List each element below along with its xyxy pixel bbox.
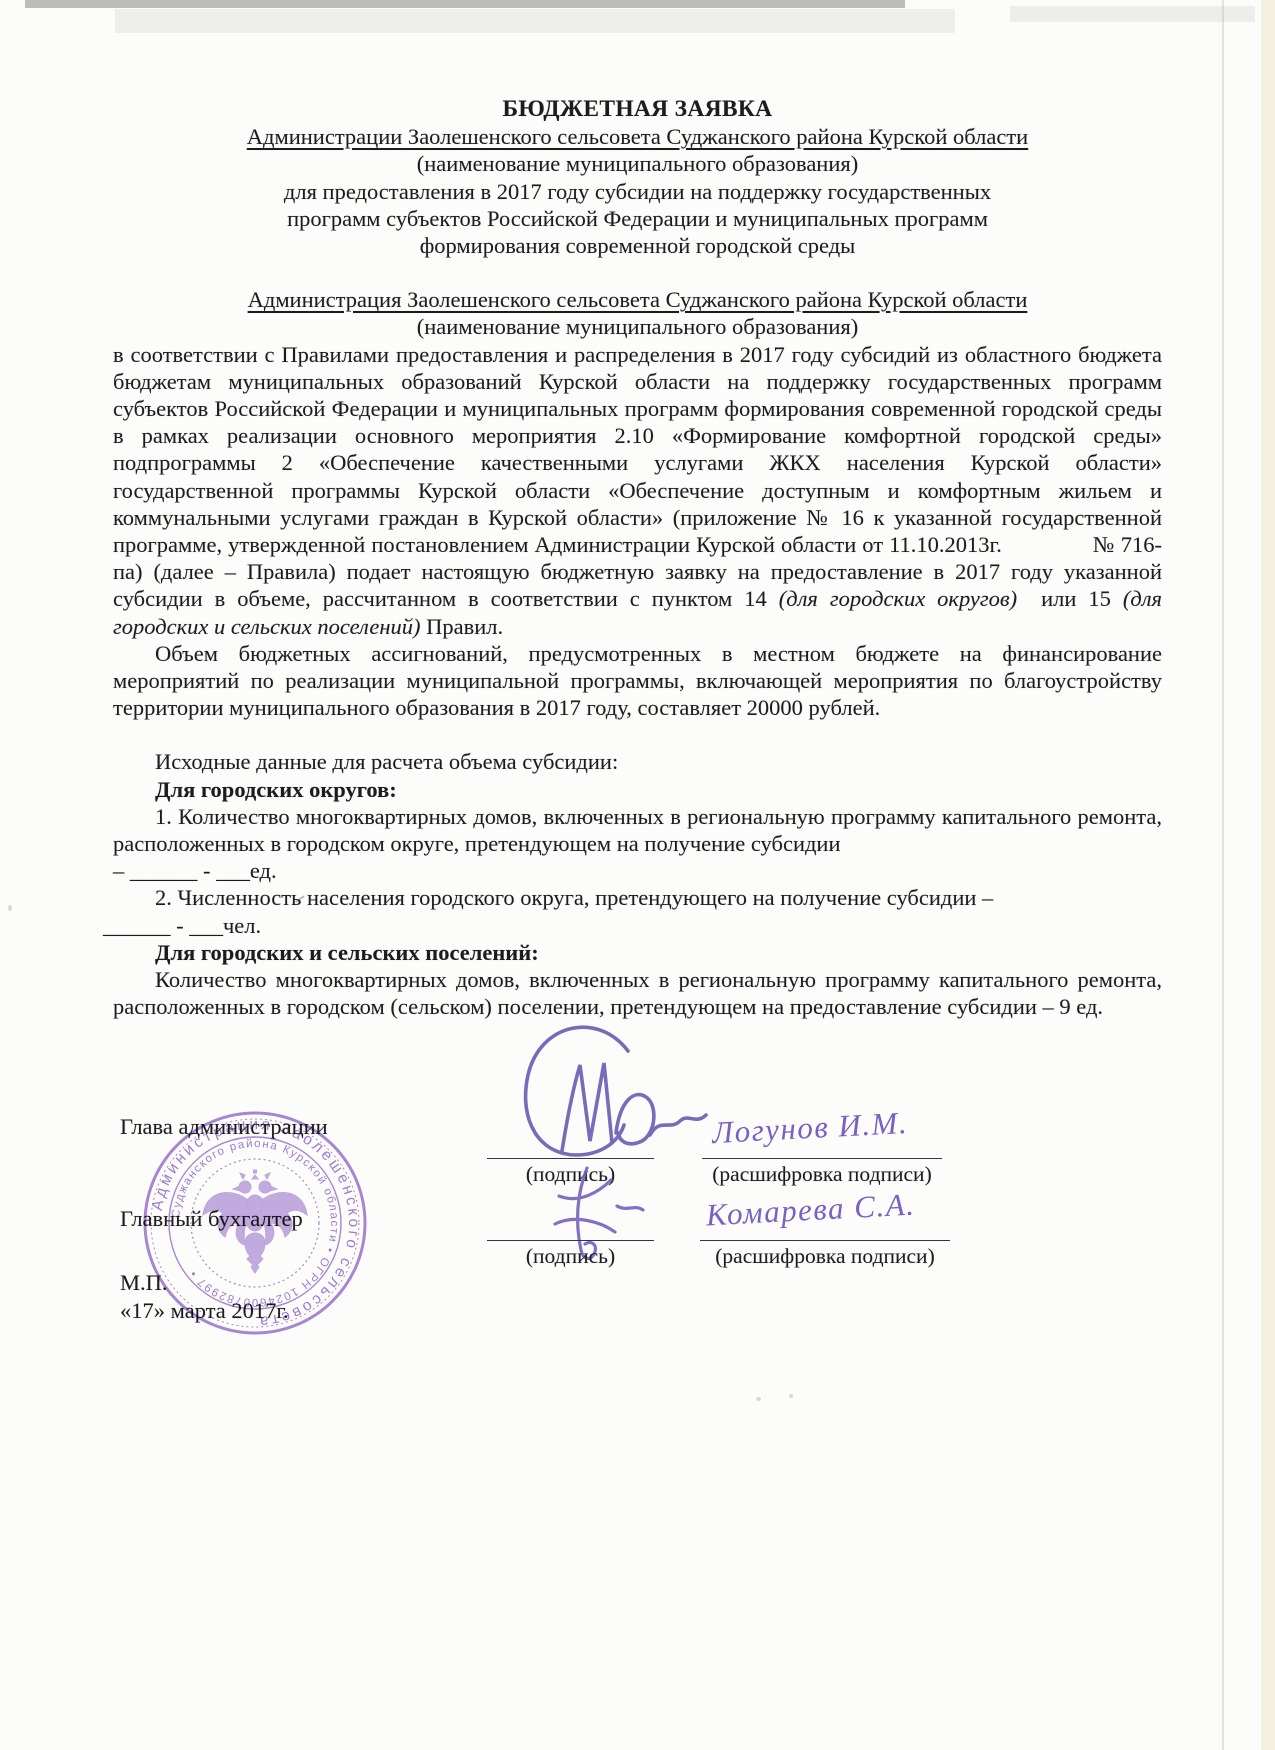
scanned-document-page: БЮДЖЕТНАЯ ЗАЯВКА Администрации Заолешенс… bbox=[0, 0, 1275, 1750]
scan-edge-top bbox=[25, 0, 905, 8]
heading-settlements: Для городских и сельских поселений: bbox=[113, 939, 1162, 966]
scan-speck bbox=[8, 905, 12, 911]
paragraph-rules: в соответствии с Правилами предоставлени… bbox=[113, 341, 1162, 640]
rules-italic-urban: (для городских округов) bbox=[779, 586, 1017, 611]
name-caption-head: (расшифровка подписи) bbox=[702, 1162, 942, 1187]
paragraph-source-data: Исходные данные для расчета объема субси… bbox=[113, 748, 1162, 775]
list-item-2: 2. Численность населения городского окру… bbox=[113, 884, 1162, 911]
spacer bbox=[113, 721, 1162, 748]
scan-edge-top-3 bbox=[1010, 6, 1255, 22]
purpose-line-2: программ субъектов Российской Федерации … bbox=[113, 205, 1162, 232]
document-body: БЮДЖЕТНАЯ ЗАЯВКА Администрации Заолешенс… bbox=[113, 96, 1162, 1021]
document-title: БЮДЖЕТНАЯ ЗАЯВКА bbox=[113, 96, 1162, 123]
scan-speck bbox=[789, 1394, 793, 1398]
rules-gap bbox=[1002, 532, 1093, 557]
paragraph-budget-volume: Объем бюджетных ассигнований, предусмотр… bbox=[113, 640, 1162, 722]
rules-text: в соответствии с Правилами предоставлени… bbox=[113, 342, 1162, 557]
applicant-organization: Администрация Заолешенского сельсовета С… bbox=[113, 286, 1162, 313]
rules-text-4: Правил. bbox=[421, 614, 504, 639]
official-round-stamp: Администрация Заолешенского сельсовета С… bbox=[138, 1106, 372, 1340]
signature-stroke-head bbox=[478, 993, 718, 1165]
spacer bbox=[113, 259, 1162, 286]
list-item-1: 1. Количество многоквартирных домов, вкл… bbox=[113, 803, 1162, 857]
rules-text-3: или 15 bbox=[1017, 586, 1123, 611]
handwritten-name-accountant: Комарева С.А. bbox=[705, 1187, 916, 1234]
scan-edge-top-2 bbox=[115, 9, 955, 33]
list-item-2-blank-line: ______ - ___чел. bbox=[103, 912, 1162, 939]
scan-fold-line bbox=[1222, 0, 1224, 1750]
header-organization: Администрации Заолешенского сельсовета С… bbox=[113, 123, 1162, 150]
double-headed-eagle-icon bbox=[203, 1170, 307, 1273]
applicant-organization-caption: (наименование муниципального образования… bbox=[113, 313, 1162, 340]
name-caption-accountant: (расшифровка подписи) bbox=[700, 1244, 950, 1269]
signature-line-accountant bbox=[487, 1240, 654, 1241]
purpose-line-3: формирования современной городской среды bbox=[113, 232, 1162, 259]
name-line-accountant bbox=[700, 1240, 950, 1241]
handwritten-name-head: Логунов И.М. bbox=[711, 1105, 909, 1151]
scan-edge-right bbox=[1261, 0, 1275, 1750]
name-line-head bbox=[702, 1158, 942, 1159]
header-organization-caption: (наименование муниципального образования… bbox=[113, 150, 1162, 177]
scan-speck bbox=[756, 1397, 761, 1401]
purpose-line-1: для предоставления в 2017 году субсидии … bbox=[113, 178, 1162, 205]
list-item-1-blank-line: – ______ - ___ед. bbox=[113, 857, 1162, 884]
heading-urban-districts: Для городских округов: bbox=[113, 776, 1162, 803]
signature-caption-accountant: (подпись) bbox=[487, 1244, 654, 1269]
